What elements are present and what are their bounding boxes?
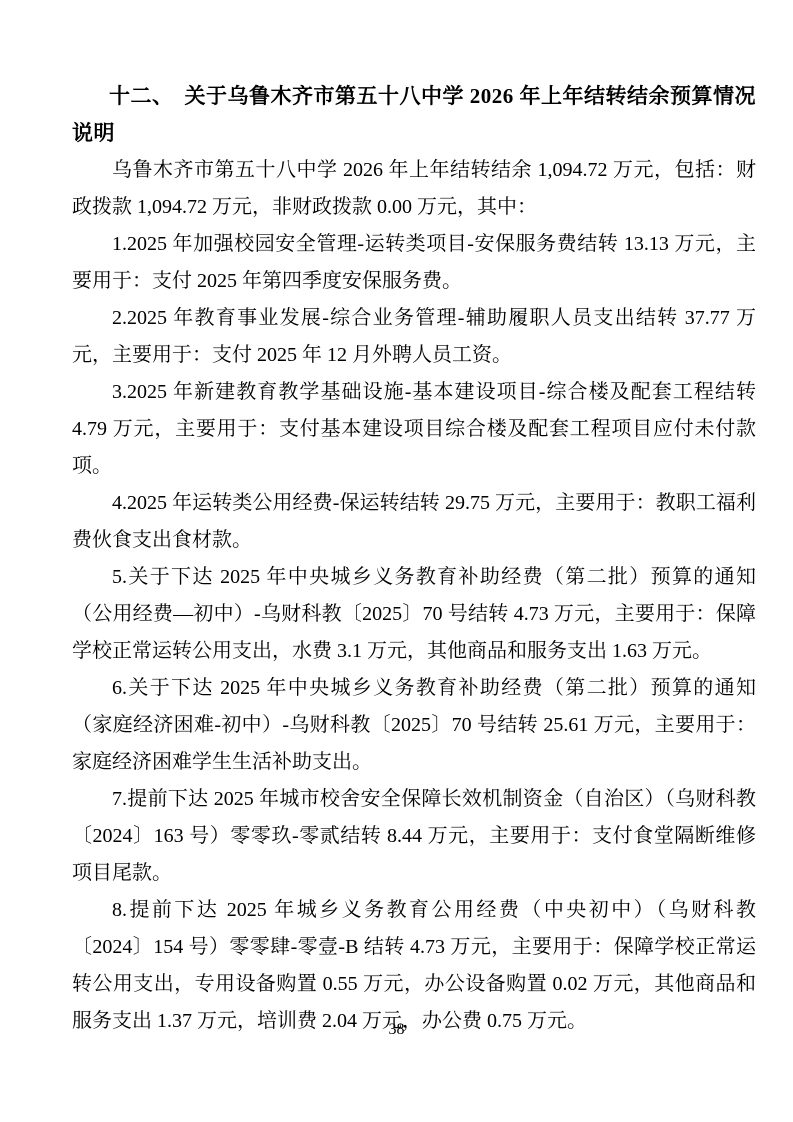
carryover-item-4: 4.2025 年运转类公用经费-保运转结转 29.75 万元，主要用于：教职工福…	[72, 485, 756, 559]
carryover-item-8: 8.提前下达 2025 年城乡义务教育公用经费（中央初中）（乌财科教〔2024〕…	[72, 892, 756, 1040]
intro-paragraph: 乌鲁木齐市第五十八中学 2026 年上年结转结余 1,094.72 万元，包括：…	[72, 152, 756, 226]
carryover-item-3: 3.2025 年新建教育教学基础设施-基本建设项目-综合楼及配套工程结转 4.7…	[72, 374, 756, 485]
carryover-item-2: 2.2025 年教育事业发展-综合业务管理-辅助履职人员支出结转 37.77 万…	[72, 300, 756, 374]
carryover-item-6: 6.关于下达 2025 年中央城乡义务教育补助经费（第二批）预算的通知（家庭经济…	[72, 670, 756, 781]
carryover-item-1: 1.2025 年加强校园安全管理-运转类项目-安保服务费结转 13.13 万元，…	[72, 226, 756, 300]
page-number: 38	[0, 1020, 793, 1040]
section-heading: 十二、 关于乌鲁木齐市第五十八中学 2026 年上年结转结余预算情况说明	[72, 78, 756, 152]
carryover-item-5: 5.关于下达 2025 年中央城乡义务教育补助经费（第二批）预算的通知（公用经费…	[72, 559, 756, 670]
carryover-item-7: 7.提前下达 2025 年城市校舍安全保障长效机制资金（自治区）（乌财科教〔20…	[72, 781, 756, 892]
document-page: 十二、 关于乌鲁木齐市第五十八中学 2026 年上年结转结余预算情况说明 乌鲁木…	[0, 0, 793, 1122]
